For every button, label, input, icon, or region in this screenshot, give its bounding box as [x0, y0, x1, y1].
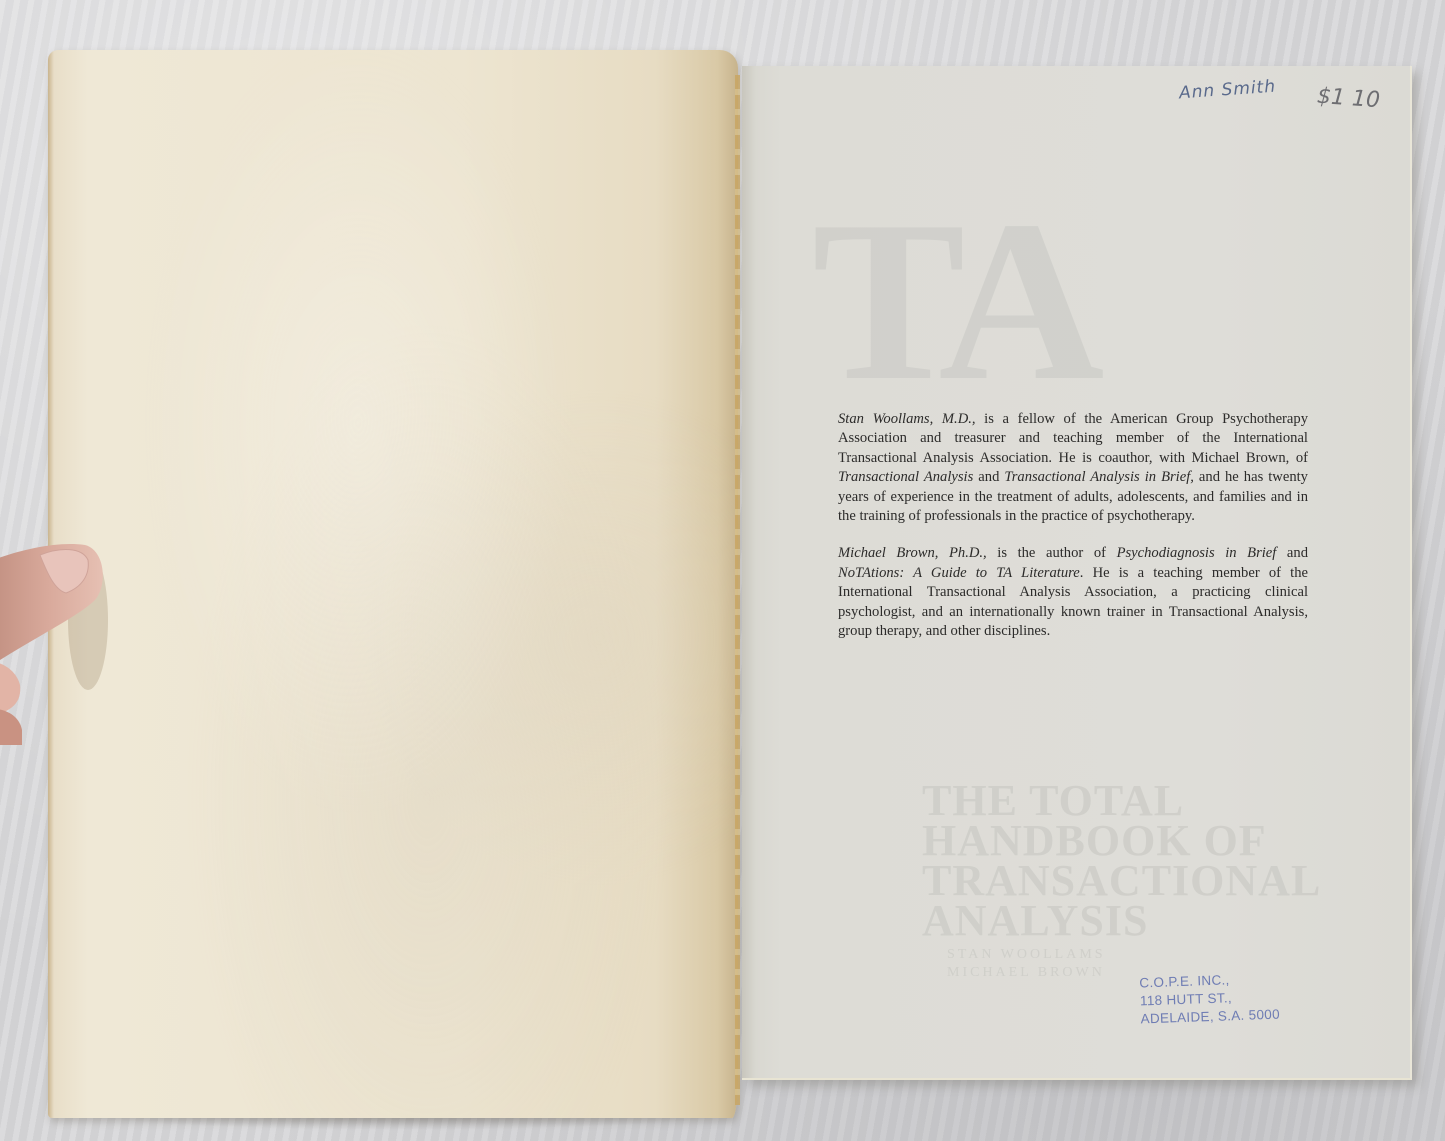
watermark-author: Michael Brown [947, 964, 1106, 982]
watermark-book-title: The Total Handbook of Transactional Anal… [922, 781, 1321, 941]
bio-book-title: Psychodiagnosis in Brief [1117, 545, 1277, 561]
bookseller-stamp: C.O.P.E. INC., 118 HUTT ST., ADELAIDE, S… [1139, 970, 1280, 1029]
watermark-ta-logo: TA [812, 186, 1094, 416]
bio-text: is the author of [987, 545, 1117, 561]
watermark-author: Stan Woollams [947, 946, 1106, 964]
watermark-authors: Stan Woollams Michael Brown [947, 946, 1106, 982]
watermark-title-line: Transactional [922, 861, 1321, 901]
handwritten-price: $1 10 [1316, 84, 1381, 113]
bio-author-name: Stan Woollams, M.D., [838, 411, 976, 427]
bio-book-title: NoTAtions: A Guide to TA Literature [838, 565, 1080, 581]
stamp-line: ADELAIDE, S.A. 5000 [1140, 1006, 1280, 1029]
watermark-title-line: The Total [922, 781, 1321, 821]
watermark-title-line: Handbook of [922, 821, 1321, 861]
spine-binding [735, 75, 740, 1105]
bio-book-title: Transactional Analysis [838, 469, 973, 485]
bio-book-title: Transac­tional Analysis in Brief, [1004, 469, 1194, 485]
bio-text: and [973, 469, 1004, 485]
watermark-title-line: Analysis [922, 901, 1321, 941]
bio-author-name: Michael Brown, Ph.D., [838, 545, 987, 561]
bio-paragraph-brown: Michael Brown, Ph.D., is the author of P… [838, 544, 1308, 641]
left-page-blank [48, 50, 738, 1118]
bio-text: and [1276, 545, 1308, 561]
right-page: TA The Total Handbook of Transactional A… [742, 66, 1412, 1080]
author-bios: Stan Woollams, M.D., is a fellow of the … [838, 410, 1308, 659]
bio-paragraph-woollams: Stan Woollams, M.D., is a fellow of the … [838, 410, 1308, 526]
handwritten-owner-name: Ann Smith [1178, 77, 1276, 104]
hand-holding-page [0, 515, 110, 745]
